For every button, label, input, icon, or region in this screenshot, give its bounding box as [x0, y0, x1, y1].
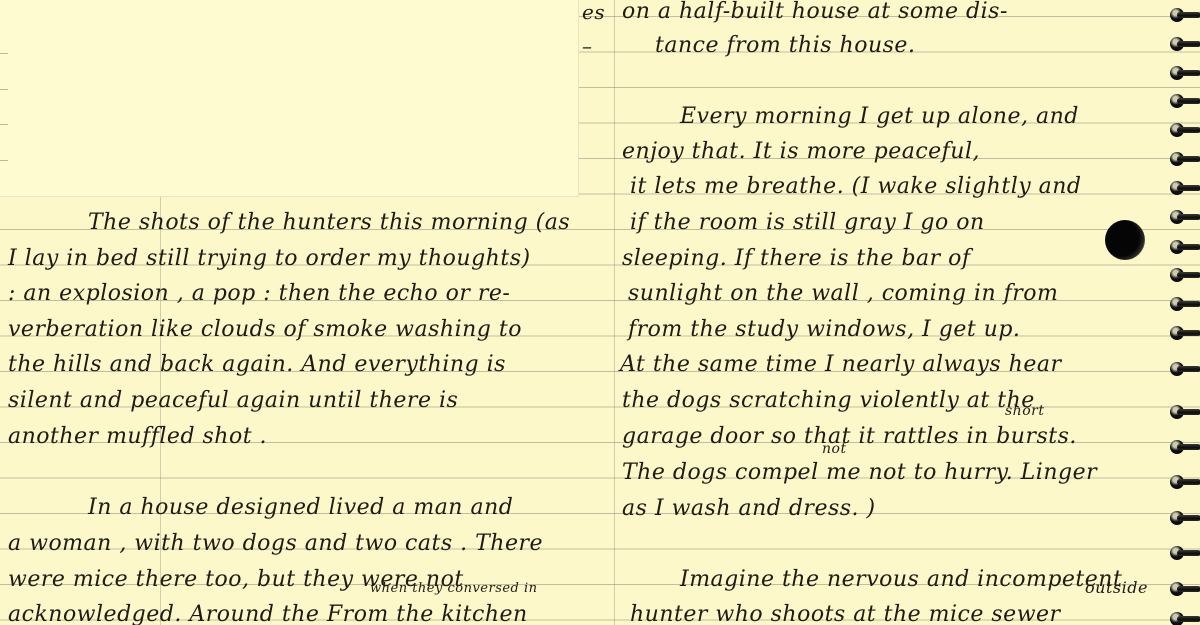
handwritten-line: In a house designed lived a man and	[88, 490, 513, 526]
spiral-coil-icon	[1170, 440, 1200, 454]
handwritten-line: garage door so that it rattles in bursts…	[622, 419, 1077, 455]
handwritten-line: The dogs compel me not to hurry. Linger	[622, 455, 1097, 491]
handwritten-line: as I wash and dress. )	[622, 491, 876, 527]
rule-tick	[0, 124, 8, 125]
handwritten-line: hunter who shoots at the mice sewer	[630, 597, 1061, 625]
spiral-coil-icon	[1170, 123, 1200, 137]
spiral-coil-icon	[1170, 612, 1200, 625]
handwritten-line: tance from this house.	[655, 28, 915, 64]
handwritten-line: At the same time I nearly always hear	[620, 347, 1061, 383]
spiral-coil-icon	[1170, 94, 1200, 108]
spiral-coil-icon	[1170, 546, 1200, 560]
handwritten-line: from the study windows, I get up.	[628, 312, 1020, 348]
blank-overlay-patch	[0, 0, 579, 197]
spiral-coil-icon	[1170, 181, 1200, 195]
handwritten-line: acknowledged. Around the From the kitche…	[8, 597, 528, 625]
handwritten-line: I lay in bed still trying to order my th…	[8, 241, 531, 277]
rule-tick	[0, 53, 8, 54]
spiral-coil-icon	[1170, 362, 1200, 376]
handwritten-line: : an explosion , a pop : then the echo o…	[8, 276, 510, 312]
fragment-left: es	[582, 0, 605, 30]
handwritten-line: silent and peaceful again until there is	[8, 383, 458, 419]
rule-tick	[0, 89, 8, 90]
insertion-not: not	[822, 442, 847, 456]
right-margin-rule	[614, 0, 615, 625]
spiral-coil-icon	[1170, 8, 1200, 22]
spiral-coil-icon	[1170, 37, 1200, 51]
spiral-coil-icon	[1170, 268, 1200, 282]
handwritten-line: another muffled shot .	[8, 419, 267, 455]
spiral-coil-icon	[1170, 297, 1200, 311]
handwritten-line: verberation like clouds of smoke washing…	[8, 312, 522, 348]
rule-tick	[0, 160, 8, 161]
spiral-coil-icon	[1170, 210, 1200, 224]
spiral-coil-icon	[1170, 66, 1200, 80]
spiral-coil-icon	[1170, 152, 1200, 166]
handwritten-line: the dogs scratching violently at the	[622, 383, 1035, 419]
spiral-coil-icon	[1170, 240, 1200, 254]
insertion-short: short	[1005, 404, 1044, 418]
handwritten-line: sunlight on the wall , coming in from	[628, 276, 1058, 312]
fragment-left: –	[582, 28, 593, 64]
spiral-coil-icon	[1170, 405, 1200, 419]
spiral-coil-icon	[1170, 511, 1200, 525]
insertion-when-they-conversed: when they conversed in	[370, 582, 538, 595]
insertion-outside: outside	[1085, 580, 1148, 596]
handwritten-line: the hills and back again. And everything…	[8, 347, 506, 383]
spiral-coil-icon	[1170, 326, 1200, 340]
punch-hole	[1105, 220, 1145, 260]
spiral-binding	[1166, 0, 1200, 625]
handwritten-line: enjoy that. It is more peaceful,	[622, 134, 980, 170]
notebook-page: es on a half-built house at some dis- – …	[0, 0, 1200, 625]
handwritten-line: it lets me breathe. (I wake slightly and	[630, 169, 1082, 205]
spiral-coil-icon	[1170, 582, 1200, 596]
spiral-coil-icon	[1170, 475, 1200, 489]
handwritten-line: a woman , with two dogs and two cats . T…	[8, 526, 543, 562]
handwritten-line: on a half-built house at some dis-	[622, 0, 1008, 30]
handwritten-line: The shots of the hunters this morning (a…	[88, 205, 570, 241]
handwritten-line: Imagine the nervous and incompetent	[680, 562, 1122, 598]
handwritten-line: Every morning I get up alone, and	[680, 99, 1079, 135]
handwritten-line: sleeping. If there is the bar of	[622, 241, 971, 277]
handwritten-line: if the room is still gray I go on	[630, 205, 985, 241]
